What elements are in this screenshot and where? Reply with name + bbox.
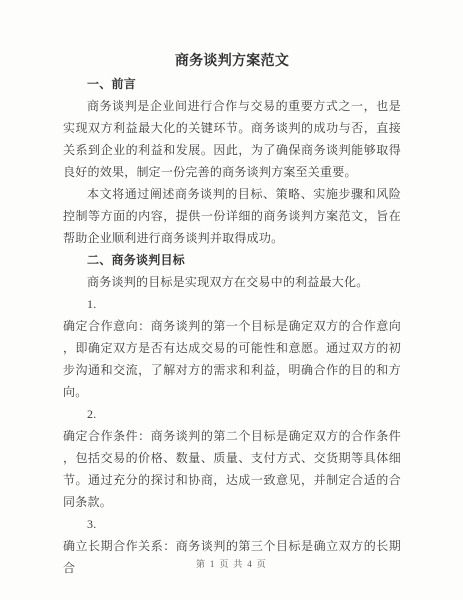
paragraph: 商务谈判是企业间进行合作与交易的重要方式之一，也是实现双方利益最大化的关键环节。… — [63, 95, 401, 183]
document-content: 商务谈判方案范文 一、前言商务谈判是企业间进行合作与交易的重要方式之一，也是实现… — [63, 51, 401, 579]
list-number: 1. — [63, 293, 401, 315]
document-title: 商务谈判方案范文 — [63, 51, 401, 73]
document-body: 一、前言商务谈判是企业间进行合作与交易的重要方式之一，也是实现双方利益最大化的关… — [63, 73, 401, 579]
list-body: 确立长期合作关系：商务谈判的第三个目标是确立双方的长期合 — [63, 535, 401, 579]
paragraph: 商务谈判的目标是实现双方在交易中的利益最大化。 — [63, 271, 401, 293]
list-number: 2. — [63, 403, 401, 425]
heading: 一、前言 — [63, 73, 401, 95]
document-page: 商务谈判方案范文 一、前言商务谈判是企业间进行合作与交易的重要方式之一，也是实现… — [0, 0, 463, 600]
list-body: 确定合作条件：商务谈判的第二个目标是确定双方的合作条件，包括交易的价格、数量、质… — [63, 425, 401, 513]
heading: 二、商务谈判目标 — [63, 249, 401, 271]
list-body: 确定合作意向：商务谈判的第一个目标是确定双方的合作意向，即确定双方是否有达成交易… — [63, 315, 401, 403]
page-footer: 第 1 页 共 4 页 — [0, 558, 463, 570]
list-number: 3. — [63, 513, 401, 535]
paragraph: 本文将通过阐述商务谈判的目标、策略、实施步骤和风险控制等方面的内容，提供一份详细… — [63, 183, 401, 249]
